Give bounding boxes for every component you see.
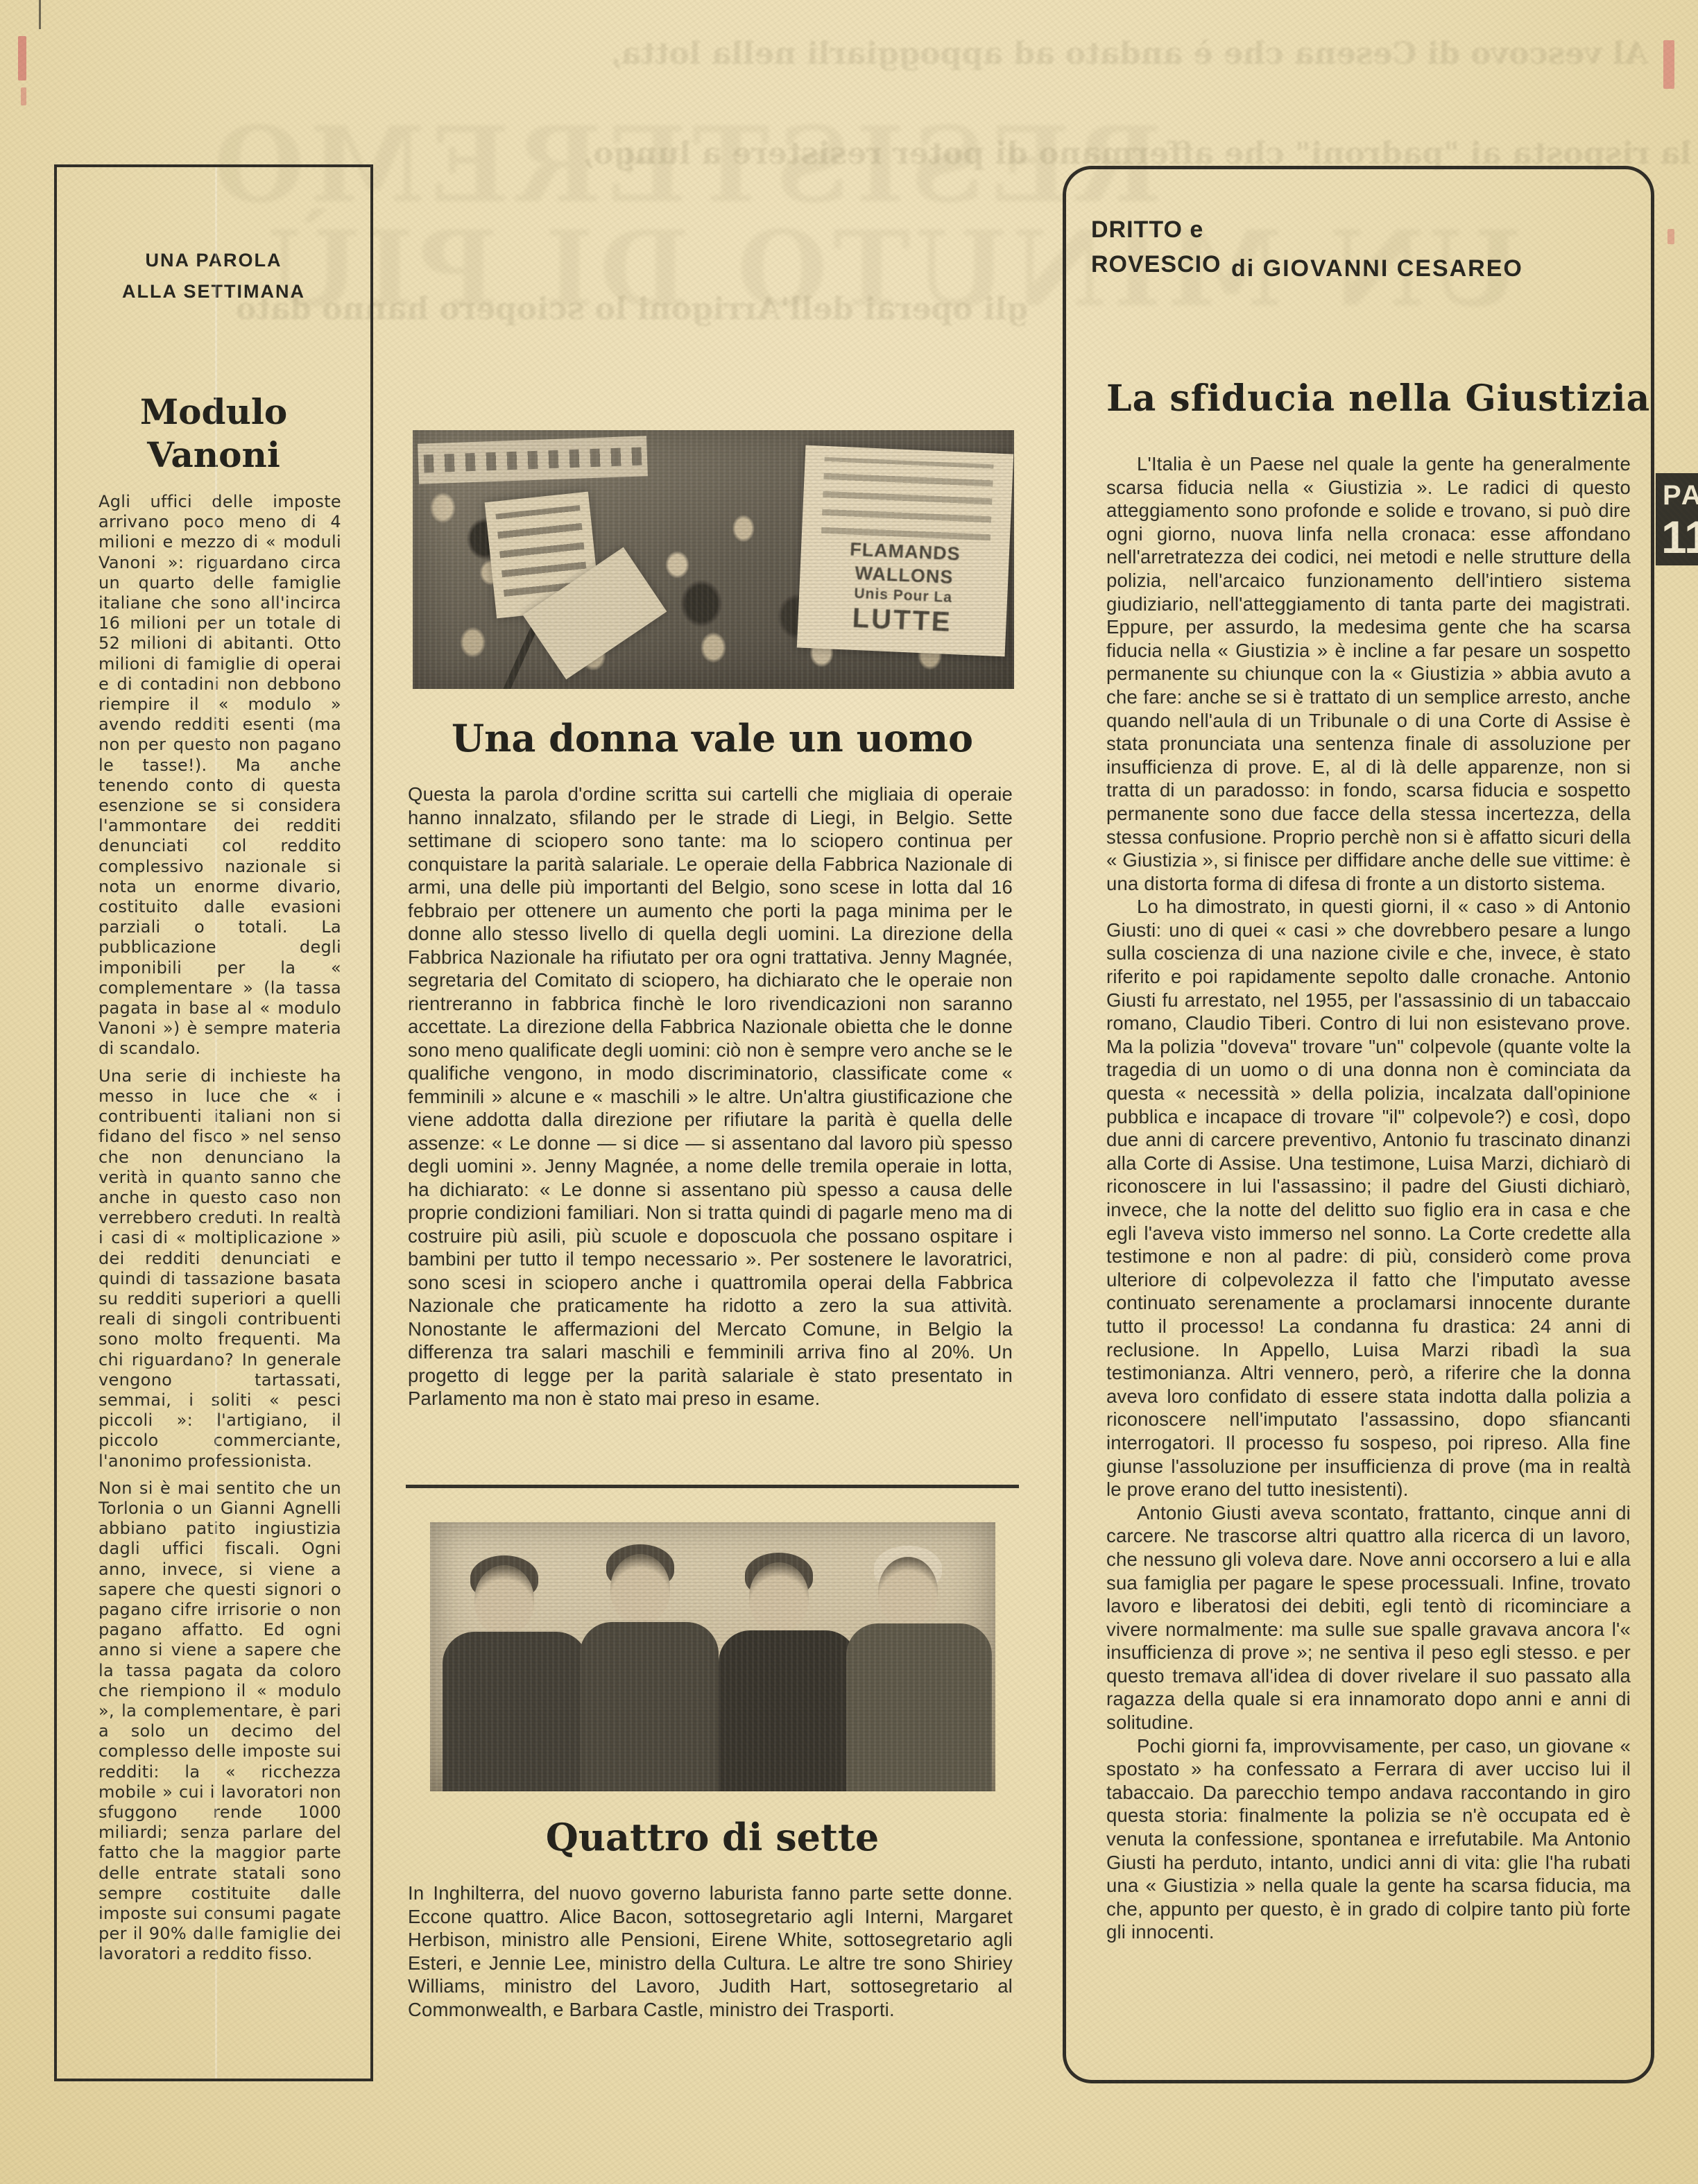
article-body-la-sfiducia: L'Italia è un Paese nel quale la gente h… <box>1106 452 1631 1944</box>
right-feature-box: DRITTO e ROVESCIO di GIOVANNI CESAREO La… <box>1063 166 1654 2083</box>
paragraph: Non si è mai sentito che un Torlonia o u… <box>98 1478 341 1965</box>
page-number: 11 <box>1661 511 1698 563</box>
article-title-la-sfiducia: La sfiducia nella Giustizia <box>1106 377 1650 420</box>
paragraph: Agli uffici delle imposte arrivano poco … <box>98 492 341 1059</box>
ink-mark <box>21 87 26 105</box>
bleedthrough-line: Al vescovo di Cesena che è andato ad app… <box>610 36 1648 71</box>
paragraph: Una serie di inchieste ha messo in luce … <box>98 1066 341 1471</box>
byline: di GIOVANNI CESAREO <box>1231 255 1523 282</box>
article-body-una-donna: Questa la parola d'ordine scritta sui ca… <box>408 783 1013 1410</box>
ink-mark <box>18 36 26 80</box>
article-title-quattro-di-sette: Quattro di sette <box>406 1815 1019 1859</box>
title-line: Vanoni <box>57 434 370 477</box>
article-body-quattro-di-sette: In Inghilterra, del nuovo governo laburi… <box>408 1882 1013 2021</box>
left-header-line2: ALLA SETTIMANA <box>57 276 370 307</box>
protest-march-photo: FLAMANDS WALLONS Unis Pour La LUTTE <box>413 430 1014 689</box>
right-header-line1: DRITTO e <box>1091 212 1221 247</box>
title-line: Modulo <box>57 391 370 434</box>
article-title-modulo-vanoni: Modulo Vanoni <box>57 391 370 477</box>
left-header-line1: UNA PAROLA <box>57 245 370 276</box>
four-women-photo <box>430 1522 995 1791</box>
ink-mark <box>1663 40 1674 89</box>
page-number-badge: PAG 11 <box>1656 473 1698 565</box>
photo-grain <box>430 1522 995 1791</box>
magazine-page: Al vescovo di Cesena che è andato ad app… <box>0 0 1698 2184</box>
paragraph: Antonio Giusti aveva scontato, frattanto… <box>1106 1501 1631 1734</box>
left-feature-box: UNA PAROLA ALLA SETTIMANA Modulo Vanoni … <box>54 164 373 2081</box>
photo-grain <box>413 430 1014 689</box>
paragraph: L'Italia è un Paese nel quale la gente h… <box>1106 452 1631 895</box>
article-title-una-donna: Una donna vale un uomo <box>406 716 1019 760</box>
crop-tick <box>39 0 41 29</box>
paragraph: Lo ha dimostrato, in questi giorni, il «… <box>1106 895 1631 1501</box>
paragraph: Pochi giorni fa, improvvisamente, per ca… <box>1106 1734 1631 1944</box>
section-divider-rule <box>406 1485 1019 1488</box>
page-label: PAG <box>1663 480 1698 511</box>
article-body-modulo-vanoni: Agli uffici delle imposte arrivano poco … <box>98 492 341 1972</box>
right-column-header: DRITTO e ROVESCIO <box>1091 212 1221 282</box>
left-column-header: UNA PAROLA ALLA SETTIMANA <box>57 245 370 307</box>
ink-mark <box>1667 229 1674 244</box>
right-header-line2: ROVESCIO <box>1091 247 1221 282</box>
